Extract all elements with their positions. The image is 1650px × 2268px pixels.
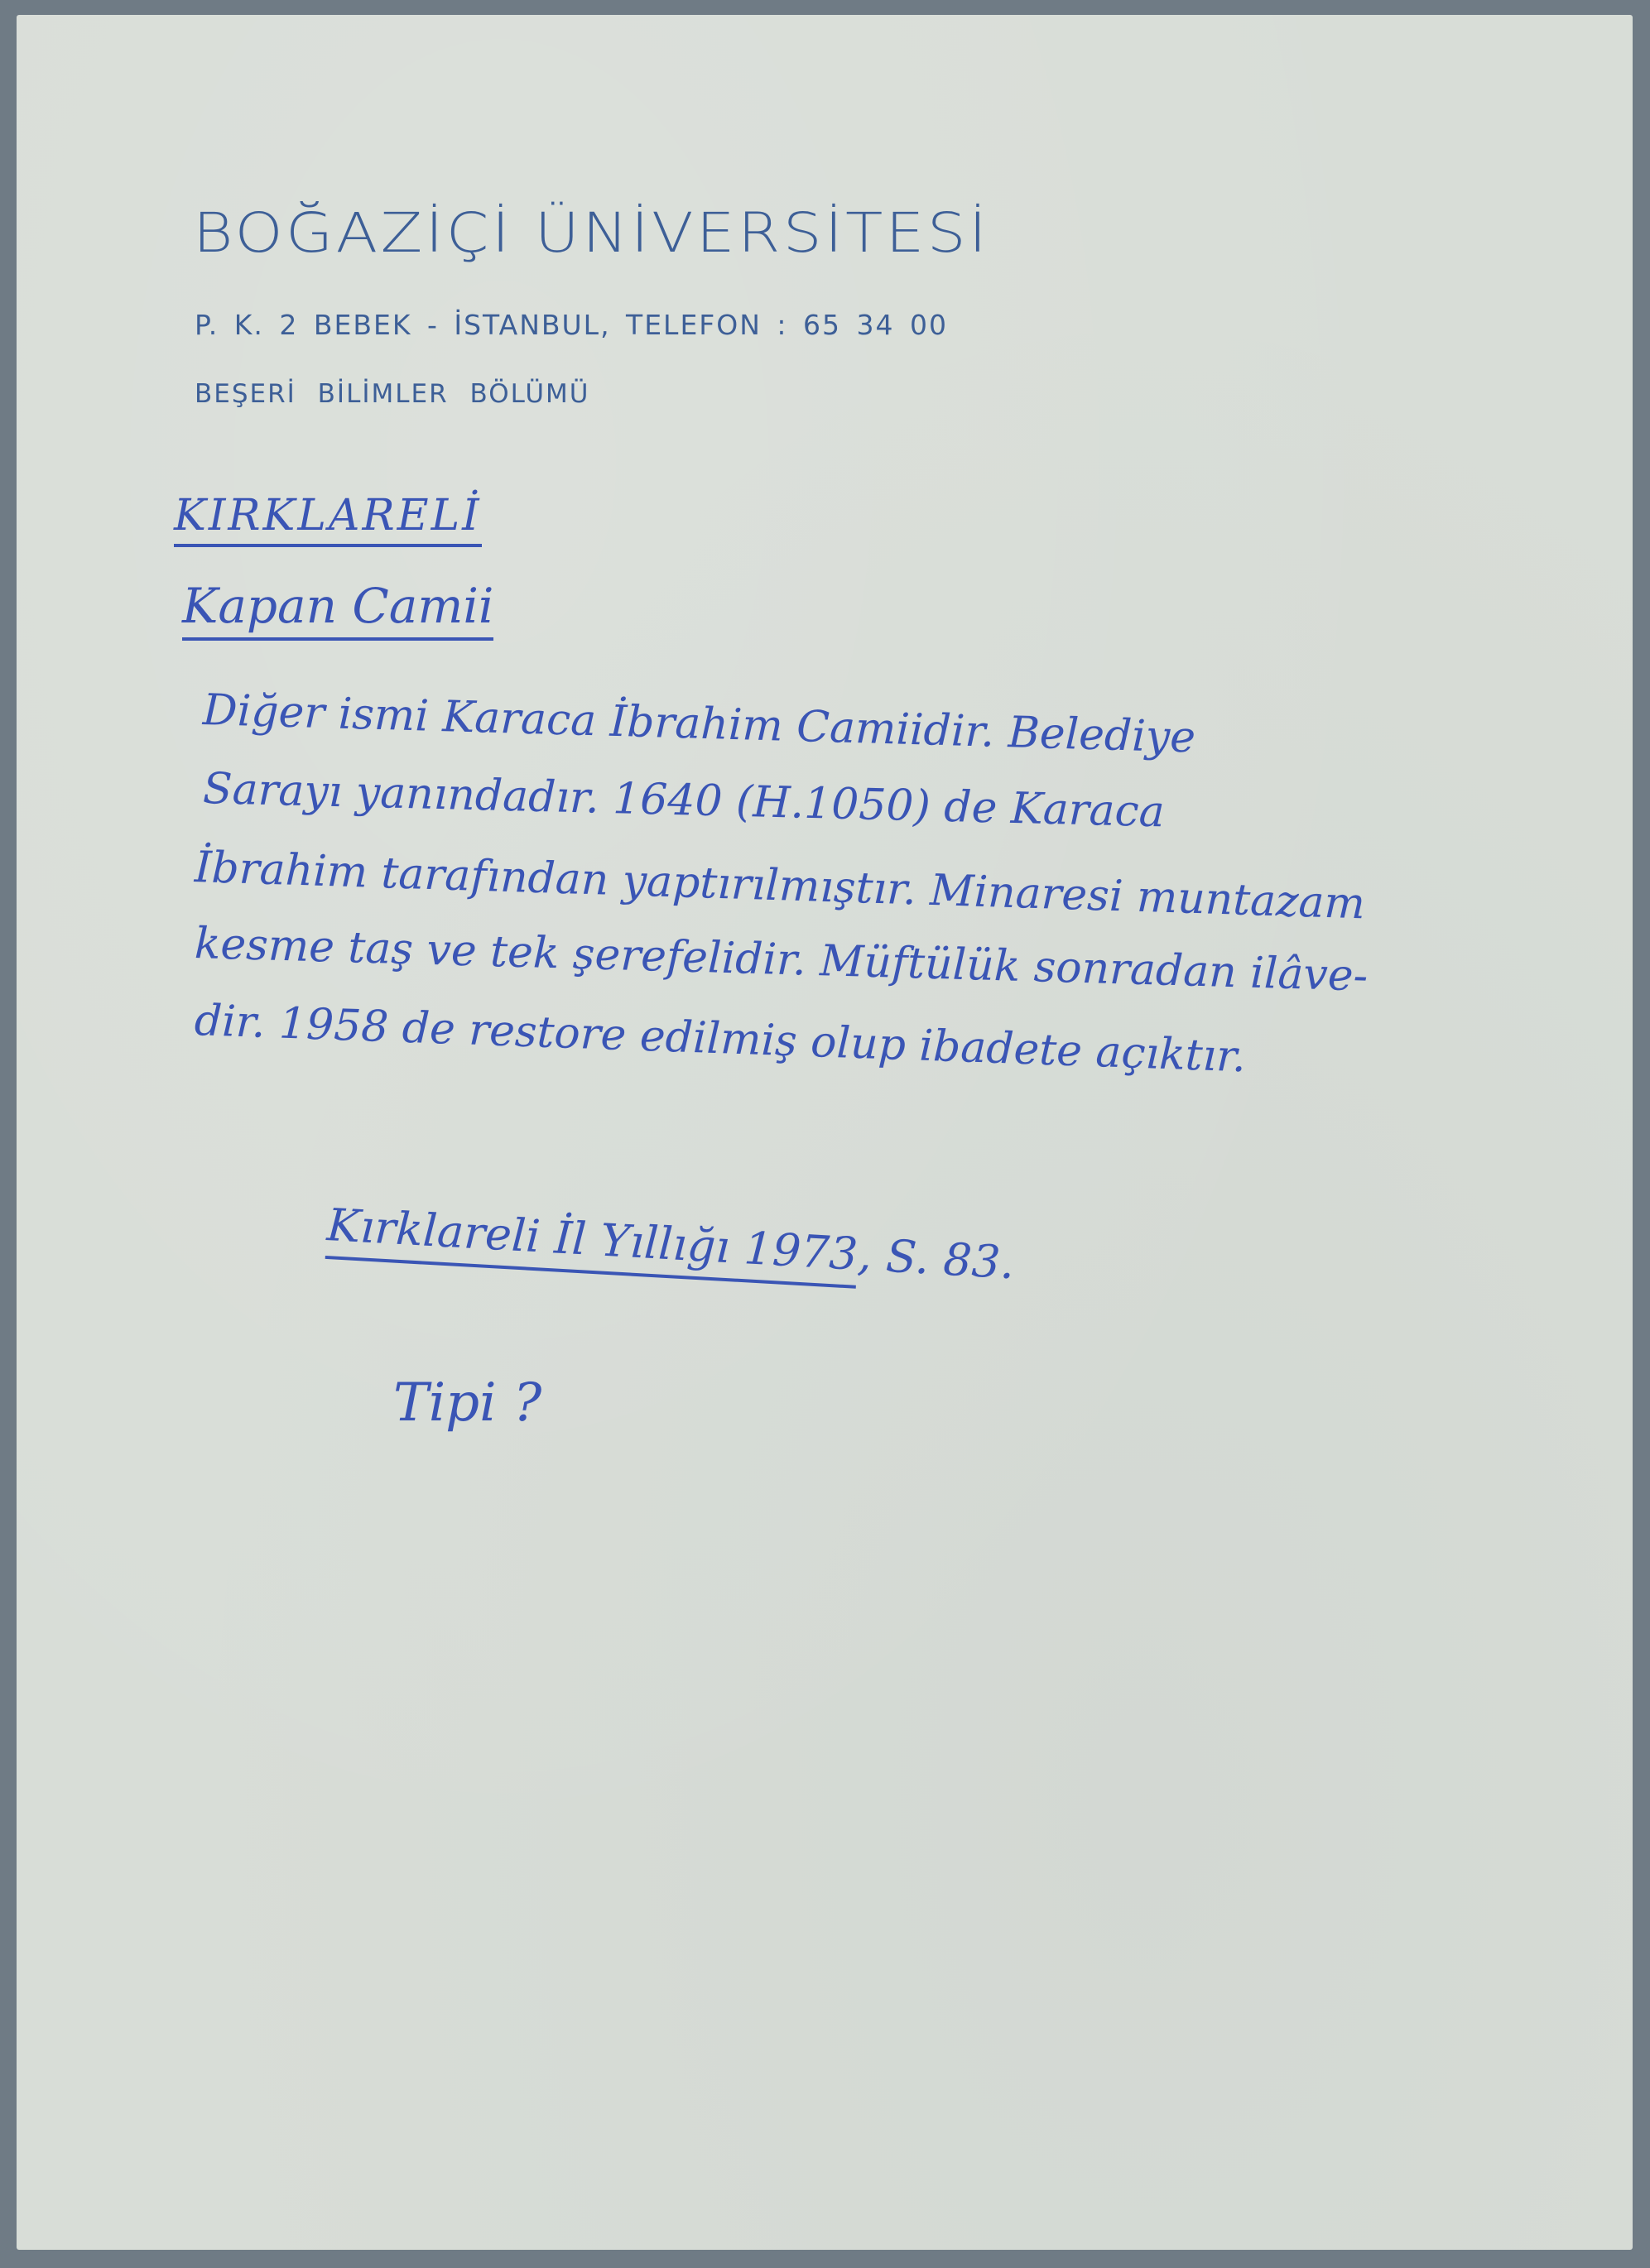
document-page: BOĞAZİÇİ ÜNİVERSİTESİ P. K. 2 BEBEK - İS…	[17, 15, 1633, 2250]
heading-city: KIRKLARELİ	[174, 491, 482, 547]
body-line: dir. 1958 de restore edilmiş olup ibadet…	[194, 996, 1247, 1082]
heading-mosque: Kapan Camii	[182, 578, 493, 641]
body-line: İbrahim tarafından yaptırılmıştır. Minar…	[194, 843, 1366, 929]
citation: Kırklareli İl Yıllığı 1973, S. 83.	[325, 1199, 1016, 1289]
university-name: BOĞAZİÇİ ÜNİVERSİTESİ	[193, 201, 989, 265]
body-line: kesme taş ve tek şerefelidir. Müftülük s…	[194, 919, 1369, 1002]
body-line: Diğer ismi Karaca İbrahim Camiidir. Bele…	[202, 685, 1196, 762]
citation-source: Kırklareli İl Yıllığı 1973	[325, 1199, 859, 1289]
question-note: Tipi ?	[393, 1372, 541, 1434]
university-address: P. K. 2 BEBEK - İSTANBUL, TELEFON : 65 3…	[195, 309, 948, 341]
department-name: BEŞERİ BİLİMLER BÖLÜMÜ	[195, 379, 589, 409]
citation-page: , S. 83.	[856, 1228, 1016, 1289]
body-line: Sarayı yanındadır. 1640 (H.1050) de Kara…	[202, 764, 1165, 837]
